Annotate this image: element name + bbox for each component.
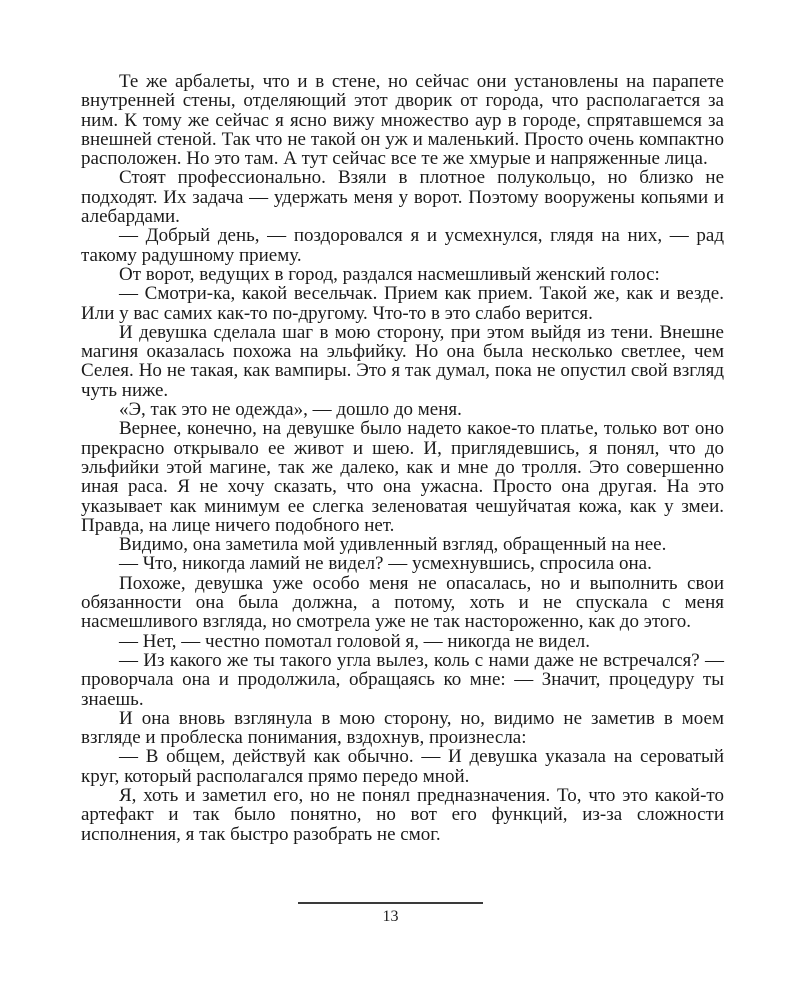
paragraph-dialogue: — Нет, — честно помотал головой я, — ник… <box>81 632 724 651</box>
paragraph: Похоже, девушка уже особо меня не опасал… <box>81 574 724 632</box>
paragraph-dialogue: — Смотри-ка, какой весельчак. Прием как … <box>81 284 724 323</box>
paragraph: И она вновь взглянула в мою сторону, но,… <box>81 709 724 748</box>
paragraph: Вернее, конечно, на девушке было надето … <box>81 419 724 535</box>
paragraph: И девушка сделала шаг в мою сторону, при… <box>81 323 724 400</box>
paragraph: Видимо, она заметила мой удивленный взгл… <box>81 535 724 554</box>
paragraph: Те же арбалеты, что и в стене, но сейчас… <box>81 72 724 168</box>
paragraph-dialogue: — В общем, действуй как обычно. — И деву… <box>81 747 724 786</box>
paragraph-dialogue: — Добрый день, — поздоровался я и усмехн… <box>81 226 724 265</box>
paragraph: Стоят профессионально. Взяли в плотное п… <box>81 168 724 226</box>
page-text: Те же арбалеты, что и в стене, но сейчас… <box>81 72 724 844</box>
paragraph: Я, хоть и заметил его, но не понял предн… <box>81 786 724 844</box>
paragraph: «Э, так это не одежда», — дошло до меня. <box>81 400 724 419</box>
footer-divider <box>298 902 483 904</box>
paragraph-dialogue: — Из какого же ты такого угла вылез, кол… <box>81 651 724 709</box>
book-page: Те же арбалеты, что и в стене, но сейчас… <box>0 0 800 1000</box>
paragraph: От ворот, ведущих в город, раздался насм… <box>81 265 724 284</box>
page-number: 13 <box>298 908 483 926</box>
paragraph-dialogue: — Что, никогда ламий не видел? — усмехну… <box>81 554 724 573</box>
